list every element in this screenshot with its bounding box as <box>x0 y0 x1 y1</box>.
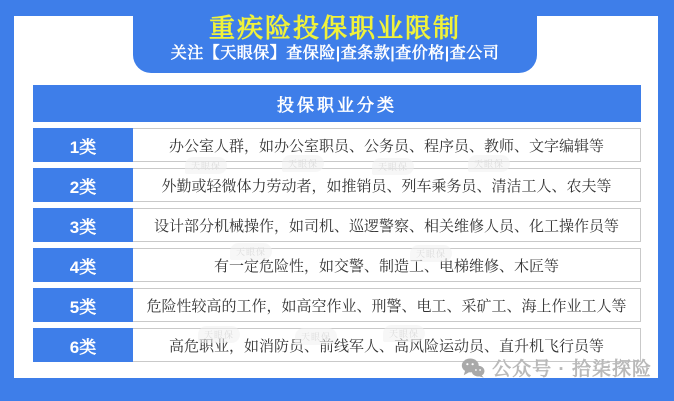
table-header: 投保职业分类 <box>33 85 641 122</box>
table-row: 4类 有一定危险性，如交警、制造工、电梯维修、木匠等 <box>33 248 641 282</box>
footer-watermark-text: 公众号 · 拾柒探险 <box>492 354 652 381</box>
class-label: 1类 <box>33 128 133 162</box>
class-label: 5类 <box>33 288 133 322</box>
table-row: 3类 设计部分机械操作，如司机、巡逻警察、相关维修人员、化工操作员等 <box>33 208 641 242</box>
table-row: 2类 外勤或轻微体力劳动者，如推销员、列车乘务员、清洁工人、农夫等 <box>33 168 641 202</box>
wechat-icon <box>461 358 485 378</box>
class-description: 外勤或轻微体力劳动者，如推销员、列车乘务员、清洁工人、农夫等 <box>133 168 641 202</box>
class-label: 6类 <box>33 328 133 362</box>
class-description: 办公室人群，如办公室职员、公务员、程序员、教师、文字编辑等 <box>133 128 641 162</box>
infographic-canvas: 天眼保 天眼保 天眼保 天眼保 天眼保 天眼保 天眼保 天眼保 天眼保 重疾险投… <box>0 0 674 401</box>
header-banner: 重疾险投保职业限制 关注【天眼保】查保险|查条款|查价格|查公司 <box>133 0 537 73</box>
class-label: 3类 <box>33 208 133 242</box>
page-title: 重疾险投保职业限制 <box>209 15 461 41</box>
class-description: 有一定危险性，如交警、制造工、电梯维修、木匠等 <box>133 248 641 282</box>
class-description: 危险性较高的工作，如高空作业、刑警、电工、采矿工、海上作业工人等 <box>133 288 641 322</box>
table-row: 5类 危险性较高的工作，如高空作业、刑警、电工、采矿工、海上作业工人等 <box>33 288 641 322</box>
class-label: 4类 <box>33 248 133 282</box>
class-label: 2类 <box>33 168 133 202</box>
footer-watermark: 公众号 · 拾柒探险 <box>461 354 652 381</box>
table-row: 1类 办公室人群，如办公室职员、公务员、程序员、教师、文字编辑等 <box>33 128 641 162</box>
page-subtitle: 关注【天眼保】查保险|查条款|查价格|查公司 <box>171 46 499 62</box>
class-description: 设计部分机械操作，如司机、巡逻警察、相关维修人员、化工操作员等 <box>133 208 641 242</box>
occupation-table: 投保职业分类 1类 办公室人群，如办公室职员、公务员、程序员、教师、文字编辑等 … <box>33 85 641 368</box>
